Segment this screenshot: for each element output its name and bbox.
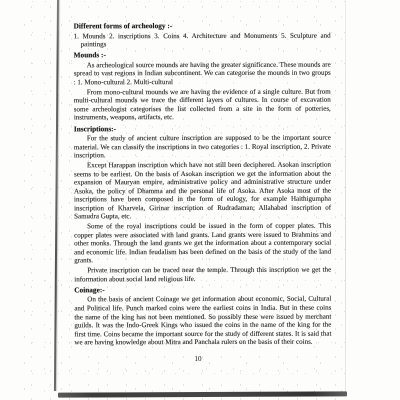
page-number: 10 [190, 355, 206, 363]
section-heading-coinage: Coinage:- [74, 285, 331, 294]
scanned-book-page: Different forms of archeology :- 1. Moun… [0, 0, 400, 400]
page-text-block: Different forms of archeology :- 1. Moun… [74, 22, 332, 349]
archeology-forms-list: 1. Mounds 2. inscriptions 3. Coins 4. Ar… [74, 31, 331, 49]
paragraph-inscriptions-4: Private inscription can be traced near t… [74, 266, 331, 284]
section-heading-inscriptions: Inscriptions:- [74, 124, 331, 133]
section-heading-mounds: Mounds :- [74, 51, 331, 60]
page-bottom-scan-edge [58, 391, 347, 397]
page-right-edge [345, 0, 346, 392]
paragraph-coinage-1: On the basis of ancient Coinage we get i… [74, 295, 331, 347]
paragraph-mounds-1: As archeological source mounds are havin… [74, 61, 331, 87]
paragraph-mounds-2: From mono-cultural mounds we are having … [74, 87, 331, 122]
document-title: Different forms of archeology :- [74, 22, 331, 31]
page-spine-edge-line [54, 0, 59, 391]
paragraph-inscriptions-3: Some of the royal inscriptions could be … [74, 222, 331, 266]
paragraph-inscriptions-2: Except Harappan inscription which have n… [74, 161, 331, 222]
paragraph-inscriptions-1: For the study of ancient culture inscrip… [74, 134, 331, 160]
